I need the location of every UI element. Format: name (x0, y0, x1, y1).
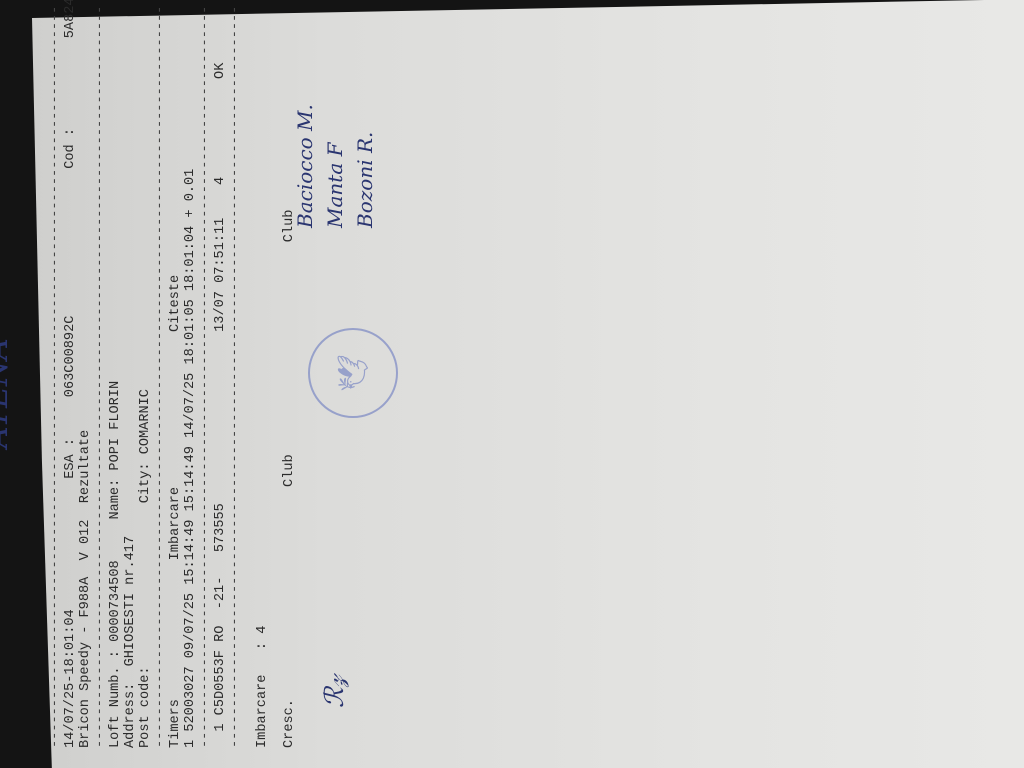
status: OK (213, 63, 228, 79)
result-row: 1 C5D0553F RO -21- 573555 13/07 07:51:11… (213, 8, 228, 748)
cresc-signature: ℛ𝓏 (328, 675, 343, 708)
signature-3: Bozoni R. (358, 132, 373, 228)
device: Bricon Speedy - F988A V 012 (78, 520, 93, 748)
city: COMARNIC (138, 389, 153, 454)
signature-1: Baciocco M. (298, 104, 313, 228)
divider: ----------------------------------------… (93, 8, 108, 748)
loft-line-3: Post code: City: COMARNIC (138, 8, 153, 748)
datetime: 14/07/25-18:01:04 (63, 609, 78, 748)
ring-number: C5D0553F RO (213, 626, 228, 716)
header-line-2: Bricon Speedy - F988A V 012 Rezultate (78, 8, 93, 748)
dove-icon: 🕊 (346, 354, 361, 392)
timers-row: 1 52003027 09/07/25 15:14:49 15:14:49 14… (183, 8, 198, 748)
rotated-receipt: ATENA ----------------------------------… (48, 8, 488, 748)
arrival-time: 13/07 07:51:11 (213, 218, 228, 332)
loft-line-1: Loft Numb. : 0000734508 Name: POPI FLORI… (108, 8, 123, 748)
club-stamp: 🕊 (308, 328, 398, 418)
cod-label: Cod : (63, 128, 78, 169)
cod-value: 5A8241 (63, 0, 78, 38)
handwritten-title: ATENA (0, 338, 5, 448)
divider: ----------------------------------------… (198, 8, 213, 748)
footer-imbarcare: Imbarcare : 4 (255, 8, 270, 748)
divider: ----------------------------------------… (153, 8, 168, 748)
esa-value: 063C00892C (63, 316, 78, 398)
section: Rezultate (78, 430, 93, 503)
header-line-1: 14/07/25-18:01:04 ESA : 063C00892C Cod :… (63, 8, 78, 748)
address: GHIOSESTI nr.417 (123, 536, 138, 667)
esa-label: ESA : (63, 438, 78, 479)
signature-2: Manta F (328, 143, 343, 228)
loft-line-2: Address: GHIOSESTI nr.417 (123, 8, 138, 748)
timers-header: Timers Imbarcare Citeste (168, 8, 183, 748)
divider: ----------------------------------------… (228, 8, 243, 748)
fancier-name: POPI FLORIN (108, 381, 123, 471)
divider: ----------------------------------------… (48, 8, 63, 748)
loft-number: 0000734508 (108, 560, 123, 642)
